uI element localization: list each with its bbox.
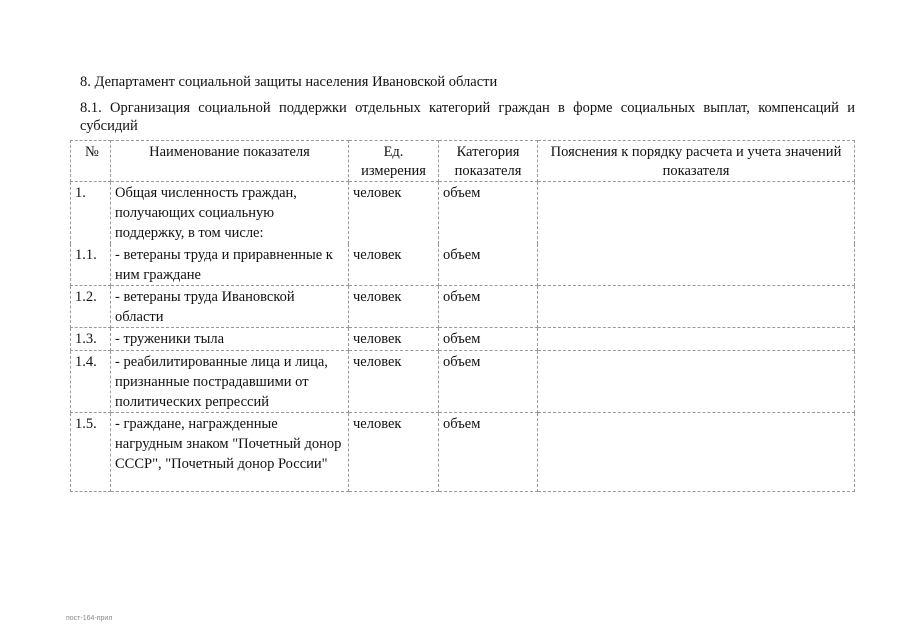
- table-row: 1.3. - труженики тыла человек объем: [71, 328, 855, 351]
- page-footer-code: пост-164-прил: [66, 615, 112, 622]
- row-unit: человек: [349, 413, 439, 492]
- row-category: объем: [439, 328, 538, 351]
- table-row: 1.5. - граждане, награжденные нагрудным …: [71, 413, 855, 492]
- table-row: 1.1. - ветераны труда и приравненные к н…: [71, 244, 855, 286]
- row-name: - ветераны труда и приравненные к ним гр…: [111, 244, 349, 286]
- row-name: - ветераны труда Ивановской области: [111, 286, 349, 328]
- row-name: - граждане, награжденные нагрудным знако…: [111, 413, 349, 492]
- row-no: 1.2.: [71, 286, 111, 328]
- indicators-table: № Наименование показателя Ед. измерения …: [70, 140, 855, 492]
- subsection-heading: 8.1. Организация социальной поддержки от…: [80, 99, 855, 135]
- row-notes: [538, 244, 855, 286]
- row-category: объем: [439, 286, 538, 328]
- header-notes: Пояснения к порядку расчета и учета знач…: [538, 141, 855, 182]
- row-no: 1.5.: [71, 413, 111, 492]
- row-no: 1.1.: [71, 244, 111, 286]
- row-no: 1.4.: [71, 351, 111, 413]
- row-unit: человек: [349, 328, 439, 351]
- row-no: 1.3.: [71, 328, 111, 351]
- row-notes: [538, 328, 855, 351]
- row-notes: [538, 351, 855, 413]
- row-unit: человек: [349, 351, 439, 413]
- table-header-row: № Наименование показателя Ед. измерения …: [71, 141, 855, 182]
- header-name: Наименование показателя: [111, 141, 349, 182]
- row-notes: [538, 286, 855, 328]
- row-name: - труженики тыла: [111, 328, 349, 351]
- row-notes: [538, 182, 855, 244]
- header-no: №: [71, 141, 111, 182]
- table-row: 1. Общая численность граждан, получающих…: [71, 182, 855, 244]
- table-row: 1.2. - ветераны труда Ивановской области…: [71, 286, 855, 328]
- row-name: - реабилитированные лица и лица, признан…: [111, 351, 349, 413]
- section-heading: 8. Департамент социальной защиты населен…: [80, 74, 497, 91]
- row-category: объем: [439, 182, 538, 244]
- row-name: Общая численность граждан, получающих со…: [111, 182, 349, 244]
- header-category: Категория показателя: [439, 141, 538, 182]
- row-unit: человек: [349, 286, 439, 328]
- row-unit: человек: [349, 182, 439, 244]
- table-row: 1.4. - реабилитированные лица и лица, пр…: [71, 351, 855, 413]
- row-category: объем: [439, 351, 538, 413]
- header-unit: Ед. измерения: [349, 141, 439, 182]
- row-category: объем: [439, 244, 538, 286]
- row-category: объем: [439, 413, 538, 492]
- row-notes: [538, 413, 855, 492]
- row-no: 1.: [71, 182, 111, 244]
- row-unit: человек: [349, 244, 439, 286]
